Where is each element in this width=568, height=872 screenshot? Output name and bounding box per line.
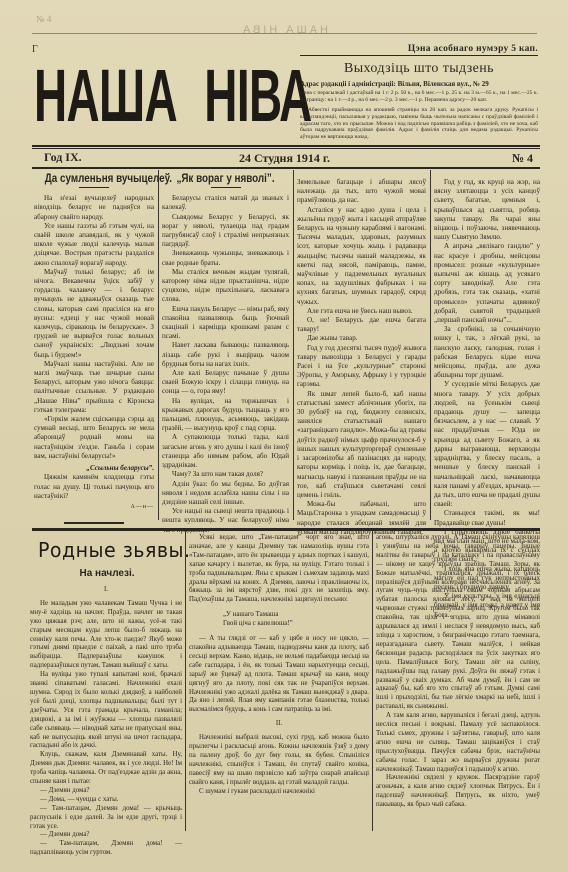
top-rule — [32, 33, 537, 34]
paragraph: Ешча пакуль Беларус — німы раб, яму спак… — [162, 305, 289, 342]
article-continuation-column-3: Зямельные багацьце і абшары лясоў належа… — [297, 178, 426, 537]
paragraph: Клуць, скажам, каля Дземянавай хаты. Ну,… — [30, 751, 182, 787]
paragraph: Але калі Беларус пачынае ў душы сваей Бо… — [162, 369, 289, 397]
column-divider — [158, 170, 159, 520]
title-underline — [79, 187, 109, 188]
author-signature: А—н— — [34, 503, 154, 512]
story-column-3: агонь, штурхаліся дурэлі. А Тамаш скінуў… — [376, 534, 540, 810]
paragraph: Але гэта ешча не ўвесь наш вывоз. — [297, 307, 426, 316]
advertising-terms: Абвесткі прыймаюцца на апошняй страніцы … — [300, 107, 538, 141]
part-number: II. — [189, 720, 369, 729]
issue-price: Цэна асобнаго нумэру 5 кап. — [300, 44, 538, 56]
masthead-word-1: НАША — [34, 54, 177, 137]
masthead-rule — [32, 145, 540, 147]
issue-date: 24 Студня 1914 г. — [32, 151, 537, 166]
dialogue-line: — Дома, — чуецца с хаты. — [30, 796, 182, 805]
paragraph: С шумам і гукам раскладалі начлежнікі — [189, 788, 369, 797]
paragraph: Зямельные багацьце і абшары лясоў належа… — [297, 178, 426, 206]
section-rule — [32, 528, 540, 531]
column-divider — [430, 170, 431, 520]
dialogue-line: — Там-патацам, Дземян дома! — падхапліва… — [30, 840, 182, 858]
masthead-info: Цэна асобнаго нумэру 5 кап. Выходзіць шт… — [300, 44, 538, 141]
paragraph: Маўчаў толькі беларус; аб ім нічога. Век… — [34, 268, 154, 360]
paragraph: агонь, штурхаліся дурэлі. А Тамаш скінуў… — [376, 534, 540, 712]
paragraph: Мы сталіся вечным жыдам тулягай, катором… — [162, 268, 289, 305]
paragraph: Усе нашы газэты аб гэтым чулі, на сваёй … — [34, 222, 154, 268]
paragraph: За срэбнікі, за сочывічную юшку і, так, … — [434, 325, 540, 380]
paragraph: Можа-бы пабачылі, што МацьСтаронка з упа… — [297, 500, 426, 537]
paragraph: Беларусы сталіся матай да званых і калек… — [162, 194, 289, 212]
masthead-word-2: НІВА — [204, 54, 311, 137]
bleed-through-title: НАША НІВА — [0, 24, 568, 36]
part-number: I. — [30, 586, 182, 595]
paragraph: А там каля агню, варушыліся і бегалі дзе… — [376, 712, 540, 774]
dialogue-line: — Дземян дома? — [30, 831, 182, 840]
masthead-title: НАШАНІВА — [34, 56, 189, 148]
editorial-address: Адрас рэдакціі і адміністраціі: Вільня, … — [300, 80, 538, 88]
paragraph: Навет ласкава бываюць: пазваляюць лізаць… — [162, 341, 289, 369]
newspaper-page: № 4 НАША НІВА Г НАШАНІВА Цэна асобнаго н… — [0, 0, 568, 872]
paragraph: Усякі ведае, што „Там-патацам” чорт яго … — [189, 534, 369, 605]
paragraph: Сьвядомы Беларус у Беларусі, як вораг у … — [162, 213, 289, 250]
paragraph: Не маладым ужо чалавекам Тамаш Чучка і н… — [30, 600, 182, 671]
paragraph: А апрача „вялікаго гандлю” у нас красуе … — [434, 242, 540, 325]
paragraph: Усе нацыі на сьвеці нешта прадаюць і неш… — [162, 507, 289, 535]
paragraph: Начлежнікі сядзелі у кружок. Пасярэдзіне… — [376, 774, 540, 810]
paragraph: Як шмат лепей было-б, каб нашы статыстык… — [297, 390, 426, 500]
paragraph: Адзін ўказ: бо мы бедны. Бо доўгая нявол… — [162, 480, 289, 508]
paragraph: Асталіся у нас адно душа і цела і жыльён… — [297, 206, 426, 307]
column-divider — [185, 531, 186, 831]
paragraph: Станьцеся такімі, як мы! Прадавайце свае… — [434, 509, 540, 527]
paragraph: На н'езаі вучыцелеў народных віводзіць б… — [34, 194, 154, 222]
article-title: „Як вораг у няволі”. — [173, 174, 277, 183]
paragraph: О, не! Беларусь дае ешча багата тавару! — [297, 316, 426, 334]
article-enemy-in-captivity: „Як вораг у няволі”. Беларусы сталіся ма… — [162, 174, 289, 535]
dateline: Год IX. 24 Студня 1914 г. № 4 — [32, 150, 537, 166]
paragraph: Маўчалі нашы настаўнікі. Але не маглі зм… — [34, 360, 154, 415]
paragraph: Год у год, як круці на жэр, на вясну зля… — [434, 178, 540, 242]
bleed-through-page-mark: № 4 — [36, 14, 51, 24]
article-title: Да сумленьня вучыцелеў. — [45, 174, 143, 183]
dialogue-line: — Там-патацам, Дземян дома! — крычыць ра… — [30, 805, 182, 832]
paragraph: А супакоюцца толькі тады, калі загасьне … — [162, 433, 289, 470]
story-column-1: I. Не маладым ужо чалавекам Тамаш Чучка … — [30, 586, 182, 858]
story-column-2: Усякі ведае, што „Там-патацам” чорт яго … — [189, 534, 369, 796]
story-subtitle: На начлезі. — [32, 568, 182, 579]
dateline-rule — [32, 167, 540, 169]
article-conscience-teachers: Да сумленьня вучыцелеў. На н'езаі вучыце… — [34, 174, 154, 524]
masthead-rule-thin — [32, 148, 540, 149]
paragraph: На вуліцы ужо тупалі капытамі коні, брач… — [30, 671, 182, 751]
song-verse: „У нашаго Тамаша Гвой ціча с капелюша!” — [189, 611, 369, 629]
paragraph: Начлежнікі выбралі высокі, сухі груд, ка… — [189, 734, 369, 787]
publication-frequency: Выходзіць што тыдзень — [300, 61, 538, 77]
column-divider — [372, 531, 373, 831]
telegram-signature: „Ссыльны беларусы”. — [34, 464, 154, 473]
paragraph: Цяжкім камянём кладзецца гэты голас на д… — [34, 473, 154, 501]
paragraph: «Горкім жалем сціскаецца сэрца ад сумнай… — [34, 415, 154, 461]
dialogue-line: — Дземян дома? — [30, 787, 182, 796]
issue-number: № 4 — [512, 151, 533, 166]
story-title: Родные зьявы. — [38, 538, 191, 562]
paragraph: Зневажаюць чужынцы, зневажаюць і свае ро… — [162, 249, 289, 267]
paragraph: Год у год дзесяткі тысяч пудоў жывога та… — [297, 344, 426, 390]
paragraph: У суседзкіе міткі Беларусь дае многа тав… — [434, 380, 540, 509]
column-divider — [293, 170, 294, 520]
subscription-rates: Цэна с перасылкай і дастаўкай на 1 г. 2 … — [300, 90, 538, 104]
title-underline — [211, 187, 241, 188]
article-end-rule — [64, 522, 124, 524]
paragraph: Дае жывы тавар. — [297, 334, 426, 343]
paragraph: — А ты глядзі от — каб у цябе в носу не … — [189, 635, 369, 715]
paragraph: Чаму? За што нам такая доля? — [162, 470, 289, 479]
paragraph: На вуліцах, на торжышчах і крыжавых даро… — [162, 397, 289, 434]
